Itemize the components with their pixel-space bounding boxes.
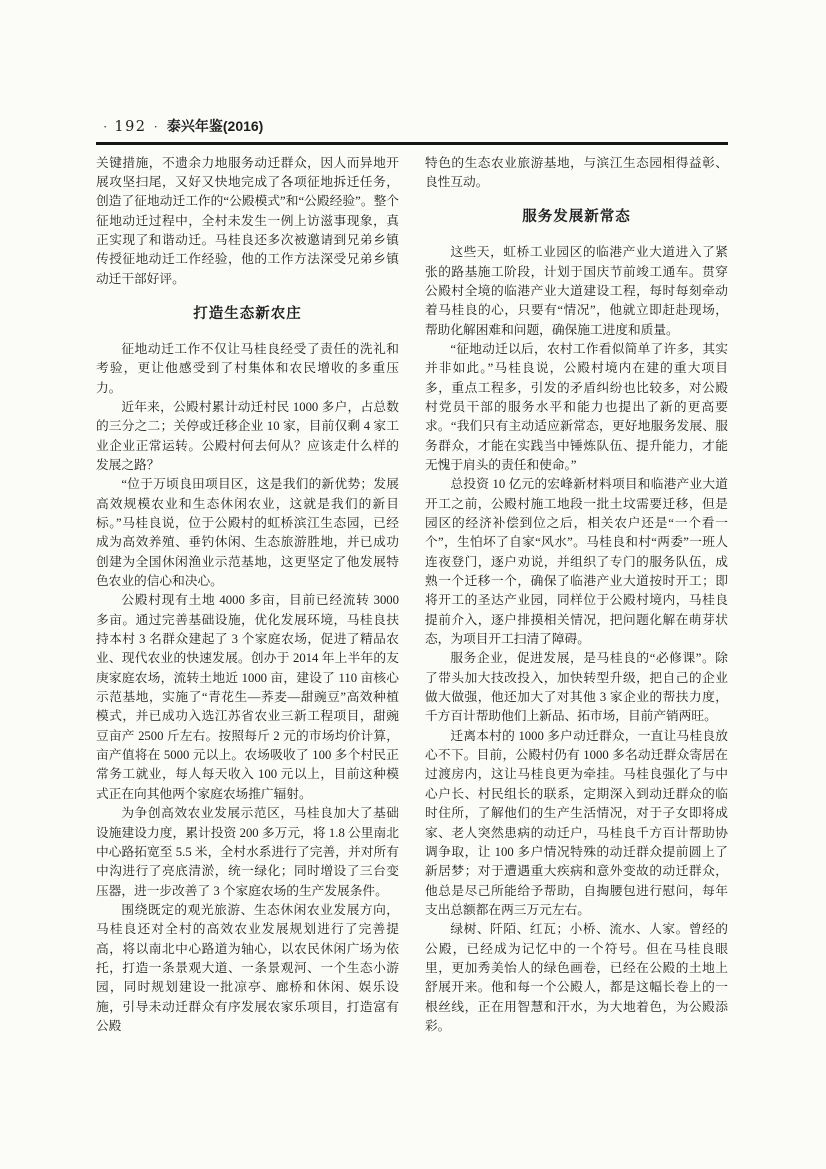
section-heading: 打造生态新农庄 — [96, 304, 399, 324]
paragraph: “位于万顷良田项目区，这是我们的新优势；发展高效规模农业和生态休闲农业，这就是我… — [96, 475, 399, 591]
paragraph: 迁离本村的 1000 多户动迁群众，一直让马桂良放心不下。目前，公殿村仍有 10… — [425, 727, 728, 920]
paragraph: 特色的生态农业旅游基地，与滨江生态园相得益彰、良性互动。 — [425, 154, 728, 193]
left-column: 关键措施，不遗余力地服务动迁群众，因人而异地开展攻坚扫尾，又好又快地完成了各项征… — [96, 154, 399, 1037]
header-dot-icon: · — [154, 119, 158, 135]
paragraph: 公殿村现有土地 4000 多亩，目前已经流转 3000 多亩。通过完善基础设施，… — [96, 591, 399, 804]
header-rule — [96, 142, 728, 145]
section-heading: 服务发展新常态 — [425, 207, 728, 227]
paragraph: 近年来，公殿村累计动迁村民 1000 多户，占总数的三分之二；关停或迁移企业 1… — [96, 398, 399, 475]
header-dot-icon: · — [103, 119, 107, 135]
paragraph: 这些天，虹桥工业园区的临港产业大道进入了紧张的路基施工阶段，计划于国庆节前竣工通… — [425, 243, 728, 340]
paragraph: “征地动迁以后，农村工作看似简单了许多，其实并非如此。”马桂良说，公殿村境内在建… — [425, 340, 728, 475]
right-column: 特色的生态农业旅游基地，与滨江生态园相得益彰、良性互动。服务发展新常态这些天，虹… — [425, 154, 728, 1037]
paragraph: 征地动迁工作不仅让马桂良经受了责任的洗礼和考验，更让他感受到了村集体和农民增收的… — [96, 340, 399, 398]
page-content: · 192 · 泰兴年鉴(2016) 关键措施，不遗余力地服务动迁群众，因人而异… — [96, 116, 728, 1036]
paragraph: 服务企业，促进发展，是马桂良的“必修课”。除了带头加大技改投入，加快转型升级，把… — [425, 649, 728, 726]
paragraph: 总投资 10 亿元的宏峰新材料项目和临港产业大道开工之前，公殿村施工地段一批土坟… — [425, 475, 728, 649]
paragraph: 关键措施，不遗余力地服务动迁群众，因人而异地开展攻坚扫尾，又好又快地完成了各项征… — [96, 154, 399, 289]
paragraph: 绿树、阡陌、红瓦；小桥、流水、人家。曾经的公殿，已经成为记忆中的一个符号。但在马… — [425, 920, 728, 1036]
paragraph: 围绕既定的观光旅游、生态休闲农业发展方向，马桂良还对全村的高效农业发展规划进行了… — [96, 901, 399, 1036]
book-title: 泰兴年鉴(2016) — [167, 116, 263, 136]
article-body: 关键措施，不遗余力地服务动迁群众，因人而异地开展攻坚扫尾，又好又快地完成了各项征… — [96, 154, 728, 1037]
page-header: · 192 · 泰兴年鉴(2016) — [96, 116, 728, 136]
page-number: 192 — [114, 119, 146, 135]
paragraph: 为争创高效农业发展示范区，马桂良加大了基础设施建设力度，累计投资 200 多万元… — [96, 804, 399, 901]
yearbook-page: · 192 · 泰兴年鉴(2016) 关键措施，不遗余力地服务动迁群众，因人而异… — [0, 0, 826, 1169]
